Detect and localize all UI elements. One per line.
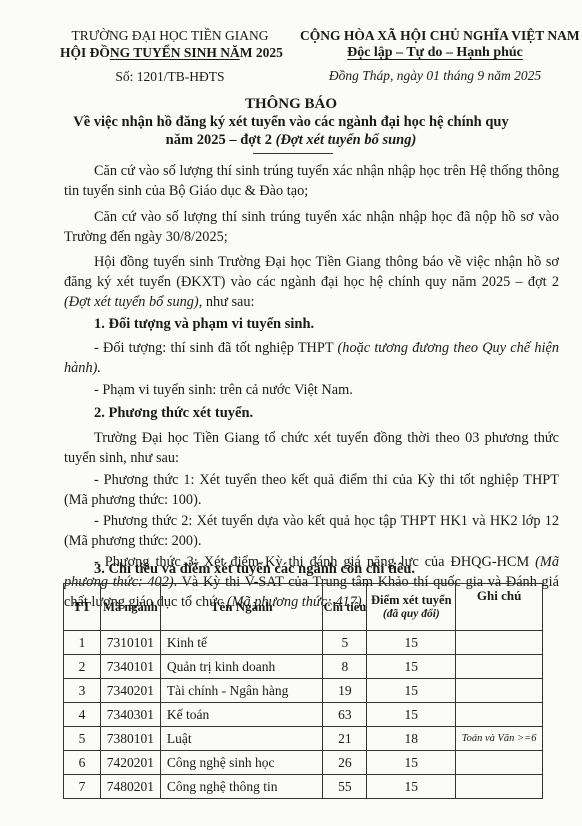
cell-tt: 4 <box>64 703 101 727</box>
title-divider <box>253 153 333 154</box>
table-row: 27340101Quản trị kinh doanh815 <box>64 655 543 679</box>
cell-quota: 19 <box>323 679 367 703</box>
cell-name: Kinh tế <box>160 631 323 655</box>
cell-score: 15 <box>367 703 456 727</box>
cell-note <box>456 775 543 799</box>
table-row: 57380101Luật2118Toán và Văn >=6 <box>64 727 543 751</box>
cell-name: Công nghệ thông tin <box>160 775 323 799</box>
cell-score: 15 <box>367 655 456 679</box>
council-text-underlined: NG TUYỂN SINH NĂ <box>110 45 240 60</box>
cell-note <box>456 703 543 727</box>
cell-quota: 21 <box>323 727 367 751</box>
table-row: 37340201Tài chính - Ngân hàng1915 <box>64 679 543 703</box>
announcement-text: Hội đồng tuyển sinh Trường Đại học Tiền … <box>64 254 559 290</box>
cell-score: 15 <box>367 631 456 655</box>
cell-code: 7420201 <box>100 751 160 775</box>
table-row: 77480201Công nghệ thông tin5515 <box>64 775 543 799</box>
section-2-intro: Trường Đại học Tiền Giang tổ chức xét tu… <box>64 428 559 468</box>
cell-tt: 3 <box>64 679 101 703</box>
header-quota: Chỉ tiêu <box>323 584 367 631</box>
paragraph-basis-2: Căn cứ vào số lượng thí sinh trúng tuyển… <box>64 207 559 247</box>
date-line: Đồng Tháp, ngày 01 tháng 9 năm 2025 <box>300 68 570 84</box>
cell-quota: 26 <box>323 751 367 775</box>
cell-note: Toán và Văn >=6 <box>456 727 543 751</box>
table-header-row: TT Mã ngành Tên Ngành Chỉ tiêu Điểm xét … <box>64 584 543 631</box>
announcement-italic: (Đợt xét tuyển bổ sung) <box>64 294 199 310</box>
cell-note <box>456 631 543 655</box>
announcement-tail: , như sau: <box>199 294 255 310</box>
cell-quota: 8 <box>323 655 367 679</box>
section-3-heading: 3. Chỉ tiêu và điểm xét tuyển các ngành … <box>94 561 415 578</box>
cell-tt: 6 <box>64 751 101 775</box>
section-1-target: - Đối tượng: thí sinh đã tốt nghiệp THPT… <box>64 338 559 378</box>
cell-name: Luật <box>160 727 323 751</box>
cell-code: 7380101 <box>100 727 160 751</box>
header-score-label: Điểm xét tuyển <box>367 593 455 607</box>
cell-score: 15 <box>367 751 456 775</box>
cell-code: 7310101 <box>100 631 160 655</box>
header-note: Ghi chú <box>456 584 543 631</box>
table-row: 17310101Kinh tế515 <box>64 631 543 655</box>
section-2-heading: 2. Phương thức xét tuyển. <box>94 405 253 422</box>
section-1-scope: - Phạm vi tuyển sinh: trên cả nước Việt … <box>64 380 559 400</box>
header-score-sub: (đã quy đổi) <box>367 607 455 621</box>
cell-score: 15 <box>367 775 456 799</box>
cell-tt: 1 <box>64 631 101 655</box>
cell-name: Công nghệ sinh học <box>160 751 323 775</box>
header-name: Tên Ngành <box>160 584 323 631</box>
subtitle-italic: (Đợt xét tuyển bổ sung) <box>276 132 417 148</box>
cell-tt: 7 <box>64 775 101 799</box>
cell-name: Kế toán <box>160 703 323 727</box>
cell-quota: 63 <box>323 703 367 727</box>
header-tt: TT <box>64 584 101 631</box>
cell-note <box>456 751 543 775</box>
cell-score: 15 <box>367 679 456 703</box>
cell-tt: 5 <box>64 727 101 751</box>
paragraph-announcement: Hội đồng tuyển sinh Trường Đại học Tiền … <box>64 252 559 312</box>
cell-code: 7340101 <box>100 655 160 679</box>
cell-code: 7340201 <box>100 679 160 703</box>
cell-code: 7480201 <box>100 775 160 799</box>
table-row: 67420201Công nghệ sinh học2615 <box>64 751 543 775</box>
document-title: THÔNG BÁO <box>0 96 582 113</box>
table-row: 47340301Kế toán6315 <box>64 703 543 727</box>
cell-quota: 55 <box>323 775 367 799</box>
method-2: - Phương thức 2: Xét tuyển dựa vào kết q… <box>64 511 559 551</box>
national-motto: Độc lập – Tự do – Hạnh phúc <box>300 45 570 61</box>
cell-note <box>456 655 543 679</box>
target-text: - Đối tượng: thí sinh đã tốt nghiệp THPT <box>94 340 338 356</box>
cell-score: 18 <box>367 727 456 751</box>
cell-note <box>456 679 543 703</box>
cell-quota: 5 <box>323 631 367 655</box>
document-subtitle-line1: Về việc nhận hồ đăng ký xét tuyển vào cá… <box>0 114 582 131</box>
cell-name: Tài chính - Ngân hàng <box>160 679 323 703</box>
document-subtitle-line2: năm 2025 – đợt 2 (Đợt xét tuyển bổ sung) <box>0 132 582 149</box>
header-score: Điểm xét tuyển(đã quy đổi) <box>367 584 456 631</box>
majors-table: TT Mã ngành Tên Ngành Chỉ tiêu Điểm xét … <box>63 583 543 799</box>
council-text-a: HỘI ĐỒ <box>60 45 110 60</box>
method-1: - Phương thức 1: Xét tuyển theo kết quả … <box>64 470 559 510</box>
subtitle-plain: năm 2025 – đợt 2 <box>166 132 276 148</box>
section-1-heading: 1. Đối tượng và phạm vi tuyển sinh. <box>94 316 314 333</box>
national-title: CỘNG HÒA XÃ HỘI CHỦ NGHĨA VIỆT NAM <box>300 28 570 44</box>
council-text-b: M 2025 <box>240 45 283 60</box>
header-code: Mã ngành <box>100 584 160 631</box>
school-name: TRƯỜNG ĐẠI HỌC TIỀN GIANG <box>60 28 280 44</box>
cell-code: 7340301 <box>100 703 160 727</box>
cell-tt: 2 <box>64 655 101 679</box>
admission-council: HỘI ĐỒNG TUYỂN SINH NĂM 2025 <box>60 45 280 61</box>
paragraph-basis-1: Căn cứ vào số lượng thí sinh trúng tuyển… <box>64 161 559 201</box>
cell-name: Quản trị kinh doanh <box>160 655 323 679</box>
document-number: Số: 1201/TB-HĐTS <box>60 69 280 85</box>
